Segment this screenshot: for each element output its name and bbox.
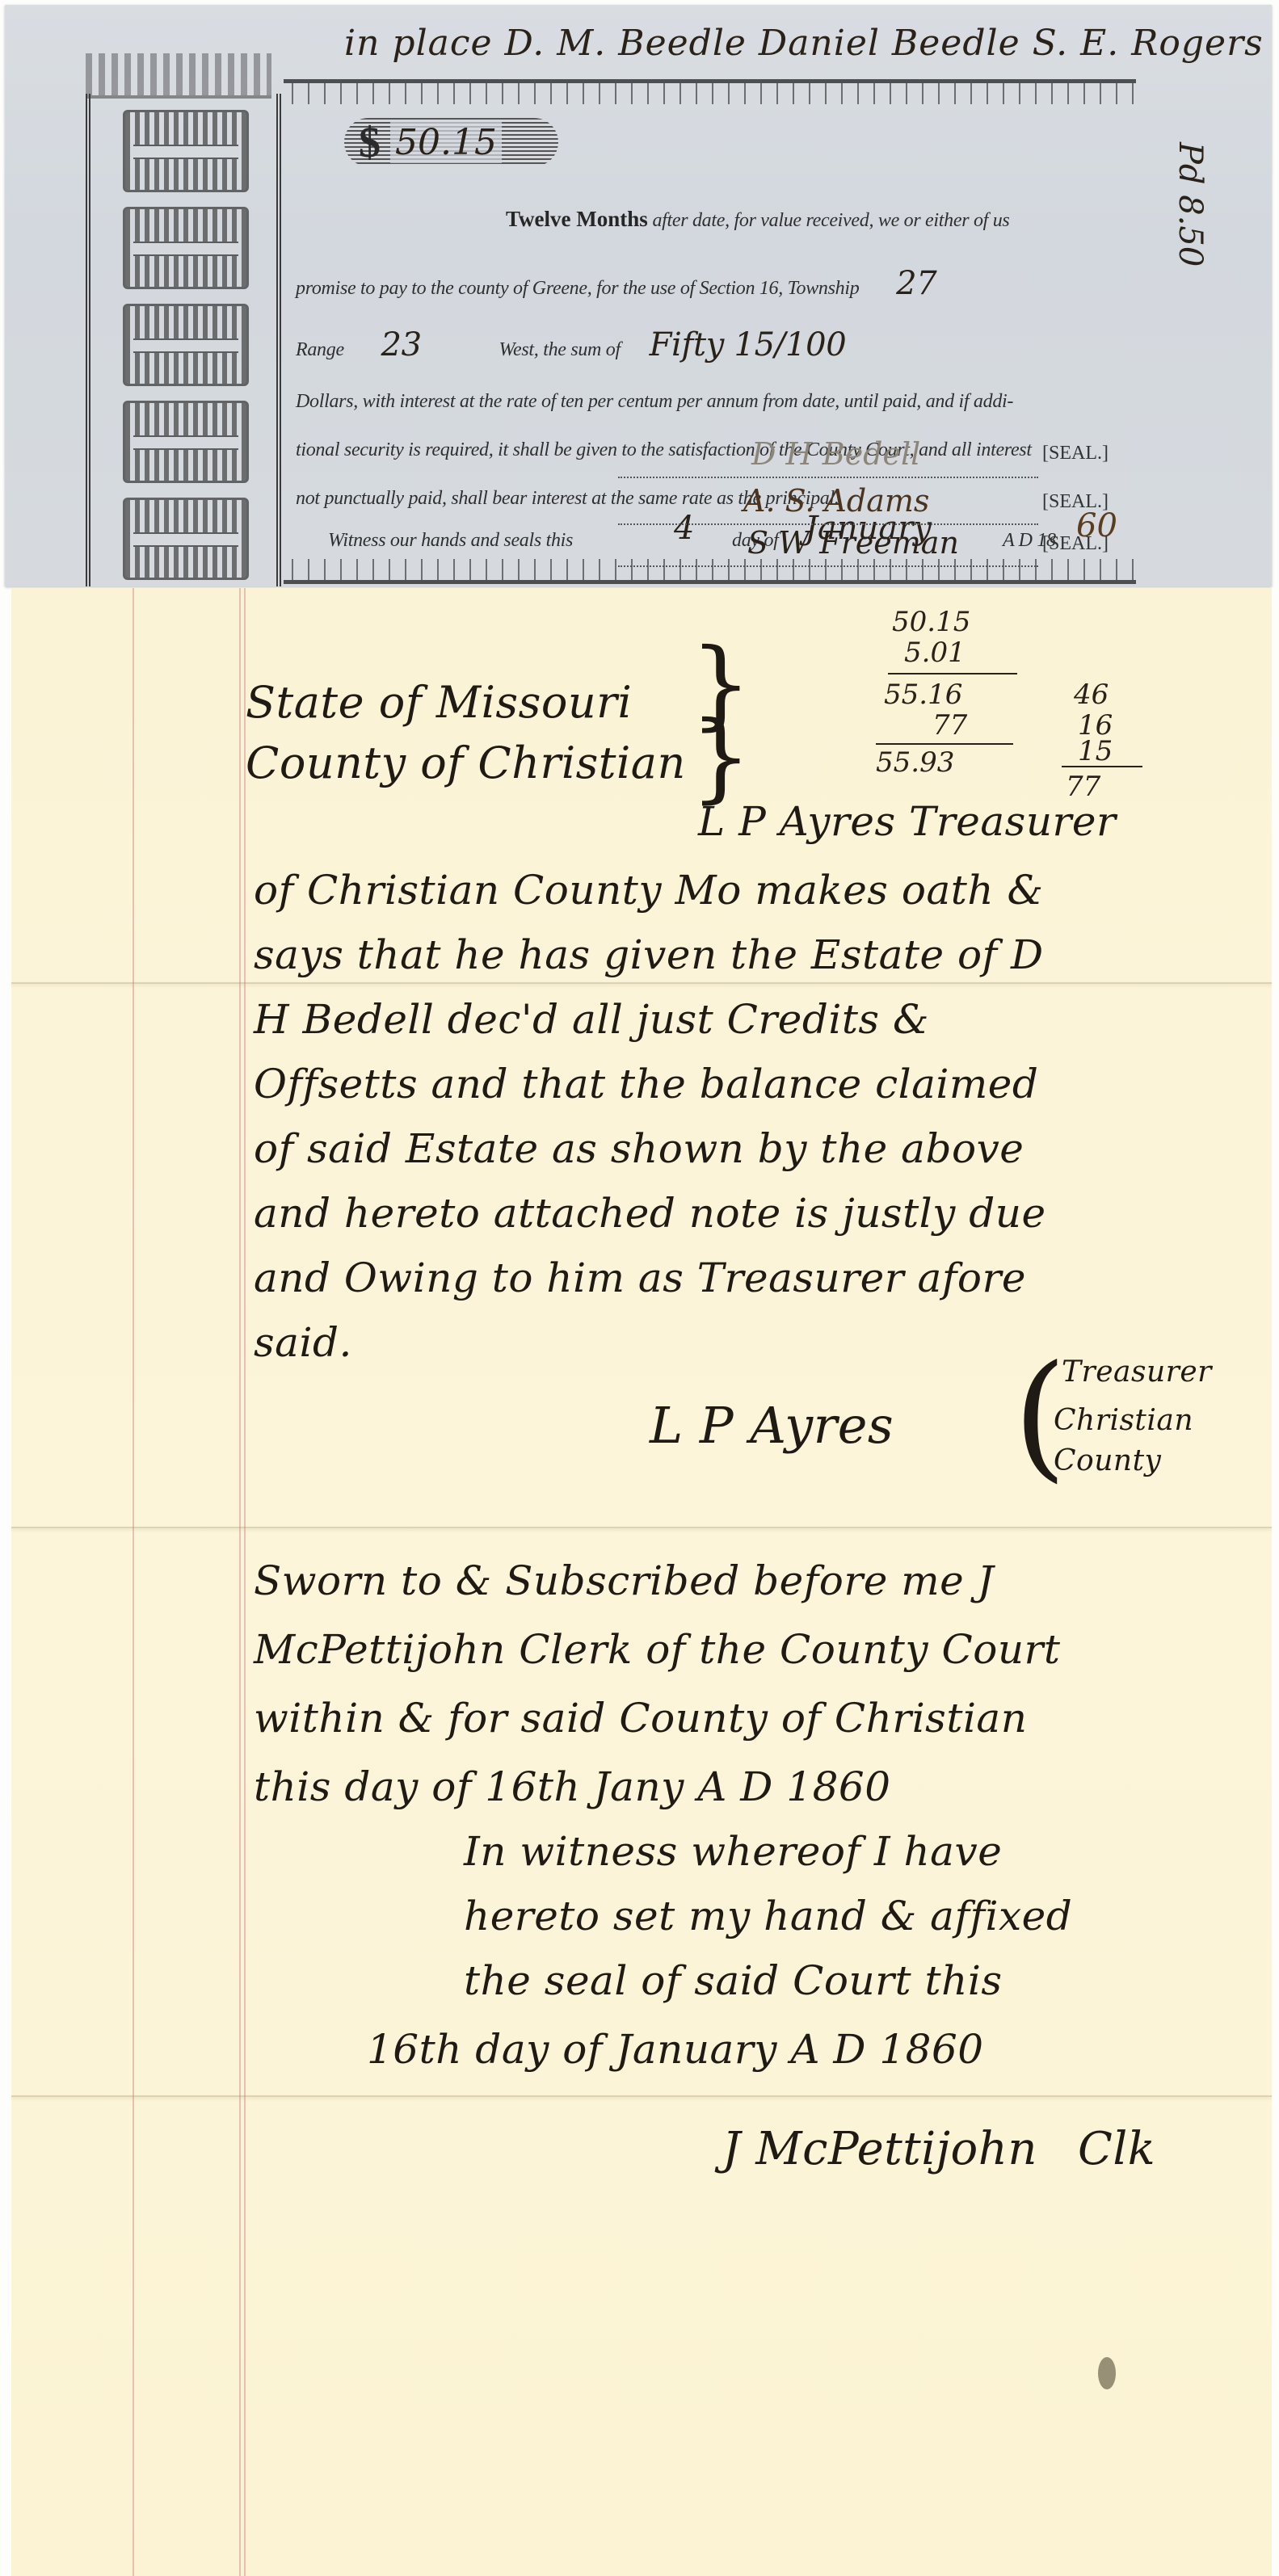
- affiant-title: Treasurer: [1062, 1355, 1212, 1389]
- clerk-signature: J McPettijohn: [722, 2123, 1037, 2175]
- ink-blot: [1098, 2357, 1116, 2389]
- township-fill: 27: [896, 265, 936, 302]
- calc-value: 5.01: [904, 637, 966, 669]
- calc-rule: [1062, 766, 1142, 767]
- attestation-line: hereto set my hand & affixed: [464, 1893, 1072, 1939]
- seal-1: [SEAL.]: [1042, 443, 1109, 464]
- brace-icon: }: [690, 709, 751, 806]
- fold-line: [11, 2095, 1272, 2097]
- affiant-title: County: [1054, 1444, 1161, 1477]
- fold-line: [11, 982, 1272, 984]
- bottom-decorative-rule: [284, 559, 1136, 584]
- side-annotation-paid: Pd 8.50: [1172, 142, 1209, 267]
- clerk-title: Clk: [1078, 2123, 1155, 2175]
- venue-county: County of Christian: [246, 738, 686, 788]
- body-line: says that he has given the Estate of D: [254, 931, 1044, 978]
- calc-value: 55.16: [884, 679, 962, 711]
- seal-2: [SEAL.]: [1042, 491, 1109, 513]
- ornament-icon: [123, 110, 249, 192]
- affiant-intro: L P Ayres Treasurer: [698, 798, 1116, 845]
- printed-line-6: not punctually paid, shall bear interest…: [296, 488, 1140, 510]
- jurat-line: McPettijohn Clerk of the County Court: [254, 1626, 1061, 1673]
- body-line: H Bedell dec'd all just Credits &: [254, 996, 929, 1043]
- signature-1: D H Bedell: [751, 436, 920, 472]
- top-annotation: in place D. M. Beedle Daniel Beedle S. E…: [344, 23, 1264, 64]
- signature-line-1: [618, 477, 1038, 478]
- body-line: and hereto attached note is justly due: [254, 1190, 1046, 1237]
- calc-value: 15: [1078, 735, 1113, 767]
- calc-value: 50.15: [892, 606, 970, 638]
- body-line: of Christian County Mo makes oath &: [254, 867, 1043, 914]
- printed-line-5: tional security is required, it shall be…: [296, 439, 1140, 461]
- calc-value: 46: [1074, 679, 1109, 711]
- seal-3: [SEAL.]: [1042, 533, 1109, 555]
- body-line: and Owing to him as Treasurer afore: [254, 1254, 1026, 1301]
- calc-rule: [888, 673, 1017, 674]
- body-line: of said Estate as shown by the above: [254, 1125, 1024, 1172]
- calc-rule: [876, 743, 1013, 745]
- witness-day: 4: [674, 510, 694, 547]
- amount-value: 50.15: [390, 122, 502, 163]
- sum-fill: Fifty 15/100: [650, 326, 847, 363]
- margin-rule: [239, 588, 241, 2576]
- treasurer-affidavit: State of Missouri County of Christian } …: [11, 588, 1272, 2576]
- printed-line-2: promise to pay to the county of Greene, …: [296, 265, 1140, 302]
- ornament-icon: [123, 498, 249, 580]
- signature-3: S W Freeman: [747, 525, 959, 561]
- signature-2: A. S. Adams: [743, 483, 929, 519]
- ornamental-border: [86, 94, 281, 586]
- printed-line-3: Range 23 West, the sum of Fifty 15/100: [296, 326, 1140, 363]
- calc-value: 55.93: [876, 746, 954, 779]
- body-line: Offsetts and that the balance claimed: [254, 1061, 1038, 1107]
- ornament-icon: [123, 207, 249, 289]
- body-line: said.: [254, 1319, 352, 1366]
- ornament-icon: [123, 401, 249, 483]
- jurat-line: within & for said County of Christian: [254, 1695, 1027, 1742]
- ornament-header-icon: [86, 53, 271, 99]
- top-decorative-rule: [284, 79, 1136, 104]
- margin-rule: [244, 588, 246, 2576]
- affiant-title: Christian: [1054, 1404, 1193, 1437]
- attestation-line: In witness whereof I have: [464, 1828, 1002, 1875]
- margin-rule: [133, 588, 134, 2576]
- calc-value: 77: [932, 709, 967, 742]
- affiant-signature: L P Ayres: [650, 1396, 894, 1455]
- amount-box: $ 50.15: [344, 118, 558, 166]
- attestation-line: the seal of said Court this: [464, 1957, 1002, 2004]
- dollar-sign: $: [359, 117, 381, 167]
- printed-line-4: Dollars, with interest at the rate of te…: [296, 391, 1140, 413]
- printed-line-1: Twelve Months after date, for value rece…: [506, 207, 1144, 232]
- fold-line: [11, 1527, 1272, 1528]
- ornament-icon: [123, 304, 249, 386]
- attestation-line: 16th day of January A D 1860: [367, 2026, 984, 2073]
- jurat-line: Sworn to & Subscribed before me J: [254, 1557, 994, 1604]
- jurat-line: this day of 16th Jany A D 1860: [254, 1763, 891, 1810]
- signature-line-3: [618, 565, 1038, 567]
- document-scan: in place D. M. Beedle Daniel Beedle S. E…: [0, 0, 1279, 2576]
- venue-state: State of Missouri: [246, 677, 632, 728]
- range-fill: 23: [381, 326, 422, 363]
